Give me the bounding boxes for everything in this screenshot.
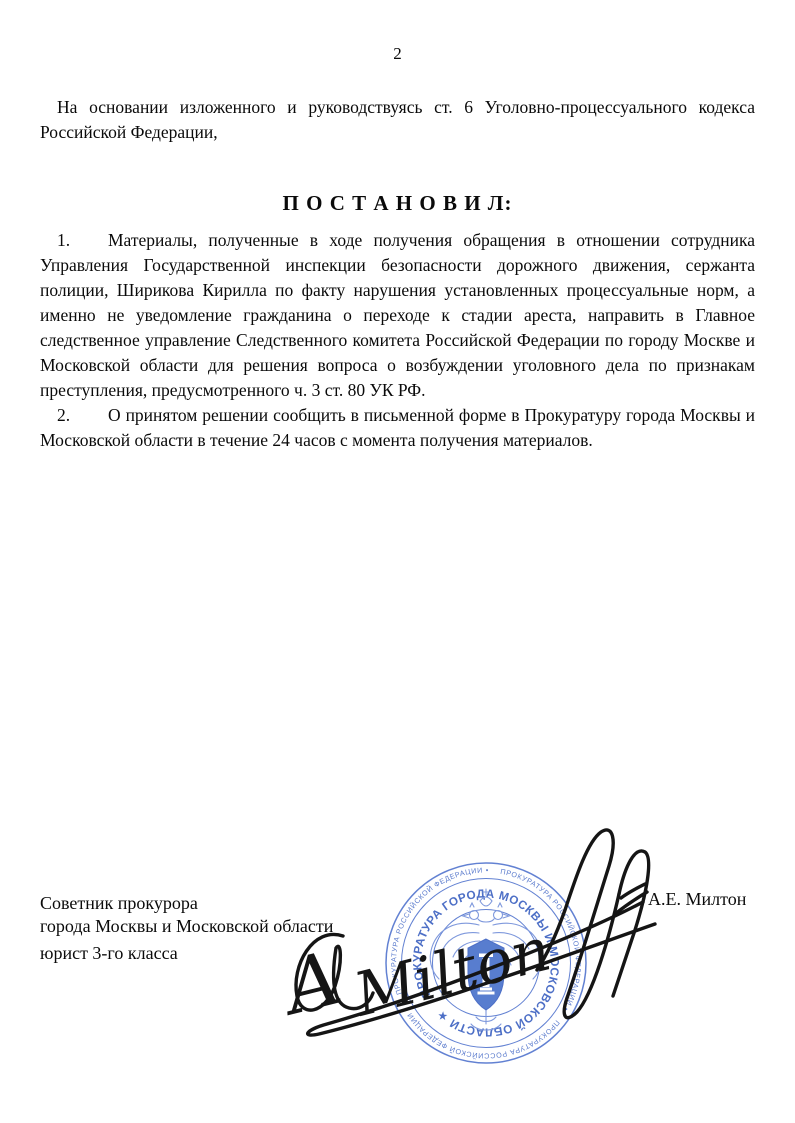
handwritten-signature: A Milton bbox=[275, 818, 675, 1048]
document-page: 2 На основании изложенного и руководству… bbox=[0, 0, 795, 1123]
signature-name-text: Milton bbox=[347, 915, 558, 1031]
item-1-text: Материалы, полученные в ходе получения о… bbox=[40, 230, 755, 400]
item-2-number: 2. bbox=[57, 403, 108, 428]
signature-flourish-stroke-1 bbox=[537, 830, 619, 1018]
item-2-text: О принятом решении сообщить в письменной… bbox=[40, 405, 755, 450]
resolution-heading: П О С Т А Н О В И Л: bbox=[40, 191, 755, 215]
item-1-number: 1. bbox=[57, 228, 108, 253]
signature-flourish-stroke-2 bbox=[613, 851, 649, 996]
intro-paragraph: На основании изложенного и руководствуяс… bbox=[40, 95, 755, 145]
resolution-item-1: 1.Материалы, полученные в ходе получения… bbox=[40, 228, 755, 403]
signer-name: А.Е. Милтон bbox=[648, 888, 746, 910]
document-body: На основании изложенного и руководствуяс… bbox=[40, 95, 755, 453]
page-number: 2 bbox=[0, 44, 795, 64]
signature-initial-text: A bbox=[275, 935, 349, 1033]
resolution-item-2: 2.О принятом решении сообщить в письменн… bbox=[40, 403, 755, 453]
